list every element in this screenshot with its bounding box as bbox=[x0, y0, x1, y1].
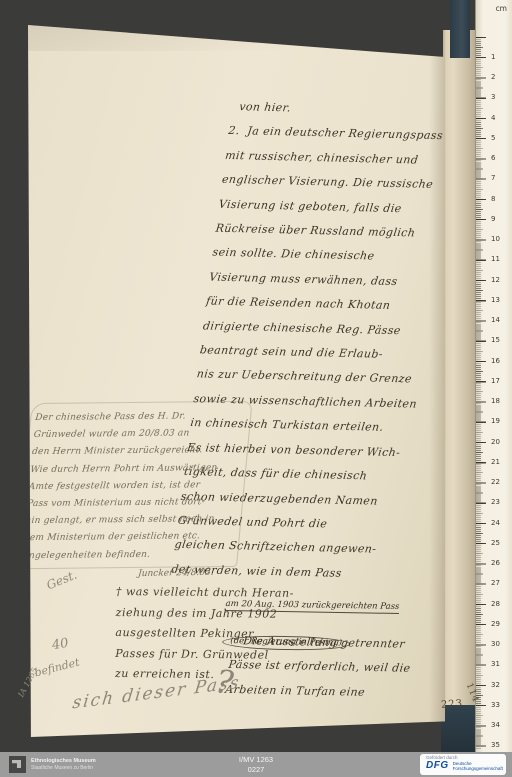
ruler-number: 29 bbox=[491, 620, 500, 628]
pencil-mark-mid: 40 bbox=[51, 636, 70, 654]
margin-note-line: hin gelangt, er muss sich selbst noch in bbox=[25, 511, 241, 530]
book-cover-bottom bbox=[441, 705, 478, 752]
pencil-mark-top: Gest. bbox=[45, 568, 79, 593]
ruler-number: 5 bbox=[491, 134, 495, 142]
dfg-full-name: Deutsche Forschungsgemeinschaft bbox=[453, 761, 503, 771]
ruler-number: 27 bbox=[491, 579, 500, 587]
ruler-number: 12 bbox=[491, 276, 500, 284]
ruler-number: 17 bbox=[491, 377, 500, 385]
dfg-name-line2: Forschungsgemeinschaft bbox=[453, 766, 503, 771]
ruler-number: 22 bbox=[491, 478, 500, 486]
margin-note-line: Angelegenheiten befinden. bbox=[21, 546, 237, 565]
ruler-number: 6 bbox=[491, 154, 495, 162]
ruler-number: 21 bbox=[491, 458, 500, 466]
ruler-number: 16 bbox=[491, 357, 500, 365]
ruler-number: 33 bbox=[491, 701, 500, 709]
dagger-note-line: Passes für Dr. Grünwedel bbox=[115, 643, 285, 665]
margin-signature: Juncker 24/8.05. bbox=[138, 567, 259, 579]
ruler-number: 18 bbox=[491, 397, 500, 405]
ruler-number: 2 bbox=[491, 73, 495, 81]
page-number: 223 bbox=[441, 698, 464, 711]
ruler-number: 26 bbox=[491, 559, 500, 567]
dfg-logo: Gefördert durch DFG Deutsche Forschungsg… bbox=[420, 754, 506, 775]
ruler-number: 25 bbox=[491, 539, 500, 547]
ruler-number: 1 bbox=[491, 53, 495, 61]
margin-note-line: Der chinesische Pass des H. Dr. bbox=[34, 408, 250, 427]
ruler-number: 3 bbox=[491, 93, 495, 101]
ruler-number: 4 bbox=[491, 114, 495, 122]
ruler-number: 35 bbox=[491, 741, 500, 749]
ruler-number: 31 bbox=[491, 660, 500, 668]
footer-bar: Ethnologisches Museum Staatliche Museen … bbox=[0, 752, 512, 777]
dfg-acronym: DFG bbox=[426, 760, 449, 771]
ruler-number: 11 bbox=[491, 255, 500, 263]
margin-note-line: Wie durch Herrn Pohrt im Auswärtigen bbox=[29, 459, 245, 478]
ruler-number: 9 bbox=[491, 215, 495, 223]
ruler-number: 28 bbox=[491, 600, 500, 608]
dagger-note-line: ziehung des im Jahre 1902 bbox=[116, 602, 286, 624]
book-spine-top bbox=[450, 0, 470, 58]
ruler-number: 34 bbox=[491, 721, 500, 729]
dagger-note-line: ausgestellten Pekinger bbox=[115, 623, 285, 645]
cm-ruler: cm 1234567891011121314151617181920212223… bbox=[475, 0, 512, 752]
dagger-annotation: † was vielleicht durch Heran-ziehung des… bbox=[115, 582, 286, 686]
pencil-mark-low: befindet bbox=[33, 656, 81, 680]
page-stack-edge bbox=[443, 30, 478, 752]
margin-note: Der chinesische Pass des H. Dr.Grünwedel… bbox=[21, 408, 250, 565]
ruler-number: 10 bbox=[491, 235, 500, 243]
margin-note-line: dem Ministerium der geistlichen etc. bbox=[23, 528, 239, 547]
ruler-number: 20 bbox=[491, 438, 500, 446]
ruler-number: 19 bbox=[491, 417, 500, 425]
ruler-number: 32 bbox=[491, 681, 500, 689]
ruler-number: 15 bbox=[491, 336, 500, 344]
ruler-cm-ticks bbox=[476, 37, 486, 749]
margin-note-line: den Herrn Minister zurückgereicht. bbox=[31, 442, 247, 461]
ruler-number: 14 bbox=[491, 316, 500, 324]
ruler-number: 23 bbox=[491, 498, 500, 506]
ruler-number: 13 bbox=[491, 296, 500, 304]
margin-note-line: Grünwedel wurde am 20/8.03 an bbox=[33, 425, 249, 444]
ruler-number: 24 bbox=[491, 519, 500, 527]
ruler-number: 8 bbox=[491, 195, 495, 203]
page-shadow-top bbox=[28, 25, 445, 51]
ruler-unit-label: cm bbox=[496, 4, 507, 13]
margin-note-line: Amte festgestellt worden ist, ist der bbox=[28, 477, 244, 496]
manuscript-page: von hier.2. Ja ein deutscher Regierungsp… bbox=[28, 25, 445, 737]
margin-note-line: Pass vom Ministerium aus nicht dort- bbox=[26, 494, 242, 513]
ruler-number: 7 bbox=[491, 174, 495, 182]
ruler-number: 30 bbox=[491, 640, 500, 648]
dagger-note-line: † was vielleicht durch Heran- bbox=[116, 582, 286, 604]
